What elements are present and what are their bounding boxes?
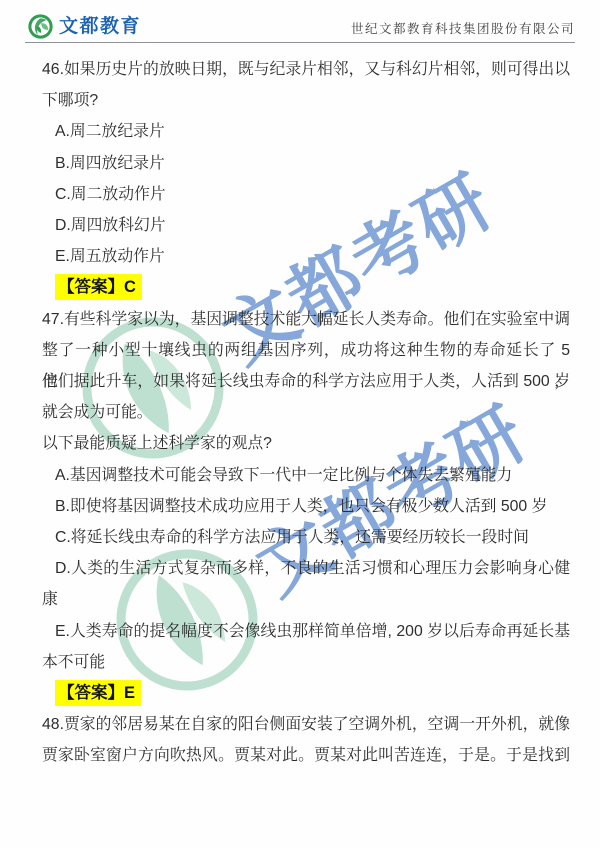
text-line: C.周二放动作片 (42, 179, 570, 210)
text-line: 46.如果历史片的放映日期，既与纪录片相邻，又与科幻片相邻，则可得出以 (42, 54, 570, 85)
text-line: E.人类寿命的提名幅度不会像线虫那样简单倍增, 200 岁以后寿命再延长基 (42, 616, 570, 647)
text-line: 本不可能 (42, 647, 570, 678)
header-divider (25, 42, 575, 43)
text-line: E.周五放动作片 (42, 241, 570, 272)
answer-badge: 【答案】C (55, 274, 142, 300)
text-line: 就会成为可能。 (42, 397, 570, 428)
wendu-leaf-logo-icon (27, 13, 54, 40)
text-line: D.周四放科幻片 (42, 210, 570, 241)
text-line: 47.有些科学家以为，基因调整技术能大幅延长人类寿命。他们在实验室中调 (42, 304, 570, 335)
text-line: B.即使将基因调整技术成功应用于人类，也只会有极少数人活到 500 岁 (42, 491, 570, 522)
text-line: 康 (42, 584, 570, 615)
text-line: A.基因调整技术可能会导致下一代中一定比例与个体失去繁殖能力 (42, 460, 570, 491)
text-line: 他们据此升车，如果将延长线虫寿命的科学方法应用于人类，人活到 500 岁 (42, 366, 570, 397)
text-line: 整了一种小型十壤线虫的两组基因序列，成功将这种生物的寿命延长了 5 倍， (42, 335, 570, 366)
text-line: B.周四放纪录片 (42, 148, 570, 179)
company-name: 世纪文都教育科技集团股份有限公司 (351, 19, 575, 40)
brand-name: 文都教育 (59, 17, 141, 36)
text-line: A.周二放纪录片 (42, 116, 570, 147)
text-line: C.将延长线虫寿命的科学方法应用于人类，还需要经历较长一段时间 (42, 522, 570, 553)
text-line: 下哪项? (42, 85, 570, 116)
answer-line: 【答案】C (42, 272, 570, 303)
answer-line: 【答案】E (42, 678, 570, 709)
answer-badge: 【答案】E (55, 680, 141, 706)
brand-logo: 文都教育 (27, 13, 141, 40)
text-line: 以下最能质疑上述科学家的观点? (42, 428, 570, 459)
text-line: D.人类的生活方式复杂而多样，不良的生活习惯和心理压力会影响身心健 (42, 553, 570, 584)
text-line: 48.贾家的邻居易某在自家的阳台侧面安装了空调外机，空调一开外机，就像 (42, 709, 570, 740)
document-page: 文都教育 世纪文都教育科技集团股份有限公司 文都考研 文都考研 46.如果历史片… (0, 0, 600, 848)
page-header: 文都教育 世纪文都教育科技集团股份有限公司 (27, 10, 575, 40)
text-line: 贾家卧室窗户方向吹热风。贾某对此。贾某对此叫苦连连，于是。于是找到 (42, 740, 570, 771)
document-content: 46.如果历史片的放映日期，既与纪录片相邻，又与科幻片相邻，则可得出以下哪项?A… (42, 0, 570, 848)
